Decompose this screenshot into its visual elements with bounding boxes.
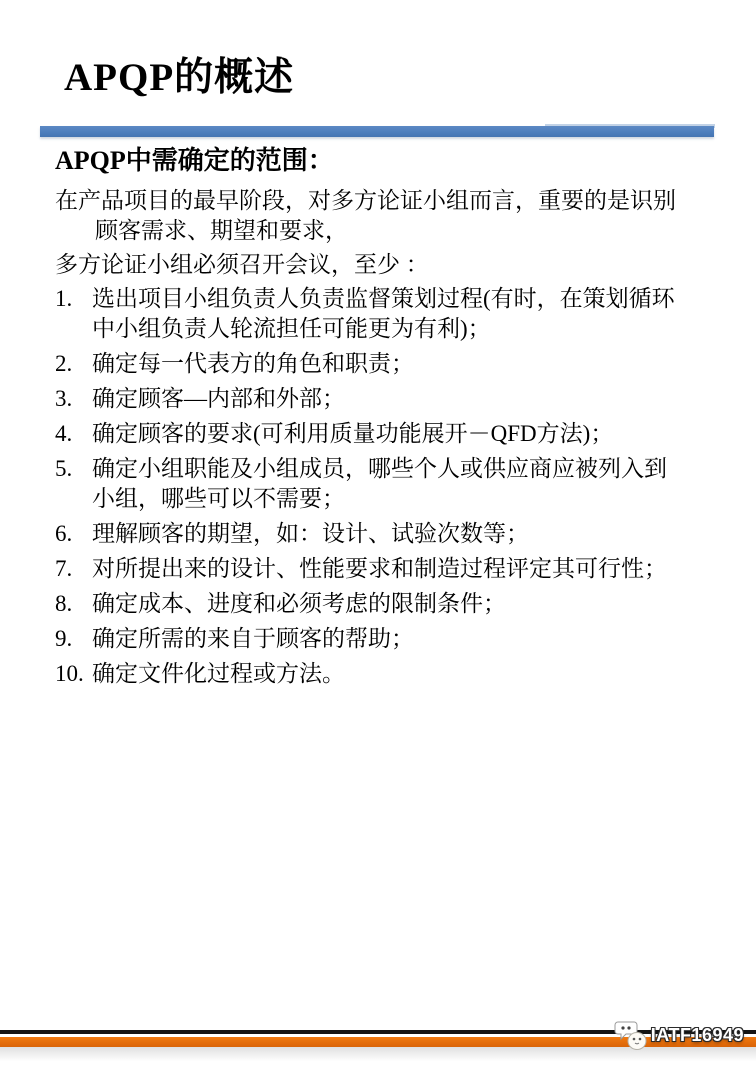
panda-chat-logo-icon — [614, 1019, 648, 1051]
intro-paragraph: 在产品项目的最早阶段，对多方论证小组而言，重要的是识别 顾客需求、期望和要求， — [55, 186, 723, 246]
numbered-list: 1. 选出项目小组负责人负责监督策划过程(有时，在策划循环 中小组负责人轮流担任… — [55, 284, 723, 689]
item-text: 选出项目小组负责人负责监督策划过程(有时，在策划循环 中小组负责人轮流担任可能更… — [92, 284, 723, 344]
list-item: 9. 确定所需的来自于顾客的帮助； — [55, 624, 723, 654]
watermark-text: IATF16949 — [651, 1025, 744, 1046]
section-heading: APQP中需确定的范围： — [55, 144, 723, 178]
item-text: 对所提出来的设计、性能要求和制造过程评定其可行性； — [92, 554, 723, 584]
item-text: 确定文件化过程或方法。 — [92, 659, 723, 689]
list-item: 6. 理解顾客的期望，如：设计、试验次数等； — [55, 519, 723, 549]
item-number: 4. — [55, 419, 92, 449]
slide-body: APQP中需确定的范围： 在产品项目的最早阶段，对多方论证小组而言，重要的是识别… — [55, 144, 723, 694]
list-item: 1. 选出项目小组负责人负责监督策划过程(有时，在策划循环 中小组负责人轮流担任… — [55, 284, 723, 344]
item-number: 2. — [55, 349, 92, 379]
item-text: 确定顾客的要求(可利用质量功能展开－QFD方法)； — [92, 419, 723, 449]
item-number: 7. — [55, 554, 92, 584]
list-item: 3. 确定顾客—内部和外部； — [55, 384, 723, 414]
item-text: 确定小组职能及小组成员，哪些个人或供应商应被列入到 小组，哪些可以不需要； — [92, 454, 723, 514]
intro-paragraph: 多方论证小组必须召开会议，至少 ： — [55, 250, 723, 280]
item-number: 8. — [55, 589, 92, 619]
item-number: 1. — [55, 284, 92, 314]
item-number: 3. — [55, 384, 92, 414]
list-item: 4. 确定顾客的要求(可利用质量功能展开－QFD方法)； — [55, 419, 723, 449]
item-text: 确定顾客—内部和外部； — [92, 384, 723, 414]
item-text: 确定每一代表方的角色和职责； — [92, 349, 723, 379]
list-item: 8. 确定成本、进度和必须考虑的限制条件； — [55, 589, 723, 619]
watermark: IATF16949 — [614, 1019, 744, 1051]
item-number: 6. — [55, 519, 92, 549]
item-number: 9. — [55, 624, 92, 654]
list-item: 7. 对所提出来的设计、性能要求和制造过程评定其可行性； — [55, 554, 723, 584]
list-item: 5. 确定小组职能及小组成员，哪些个人或供应商应被列入到 小组，哪些可以不需要； — [55, 454, 723, 514]
title-divider-bar — [40, 126, 714, 137]
page-title: APQP的概述 — [64, 46, 294, 102]
list-item: 2. 确定每一代表方的角色和职责； — [55, 349, 723, 379]
item-number: 5. — [55, 454, 92, 484]
slide-page: APQP的概述 APQP中需确定的范围： 在产品项目的最早阶段，对多方论证小组而… — [0, 0, 756, 1070]
item-text: 确定成本、进度和必须考虑的限制条件； — [92, 589, 723, 619]
list-item: 10. 确定文件化过程或方法。 — [55, 659, 723, 689]
item-text: 理解顾客的期望，如：设计、试验次数等； — [92, 519, 723, 549]
item-number: 10. — [55, 659, 92, 689]
item-text: 确定所需的来自于顾客的帮助； — [92, 624, 723, 654]
